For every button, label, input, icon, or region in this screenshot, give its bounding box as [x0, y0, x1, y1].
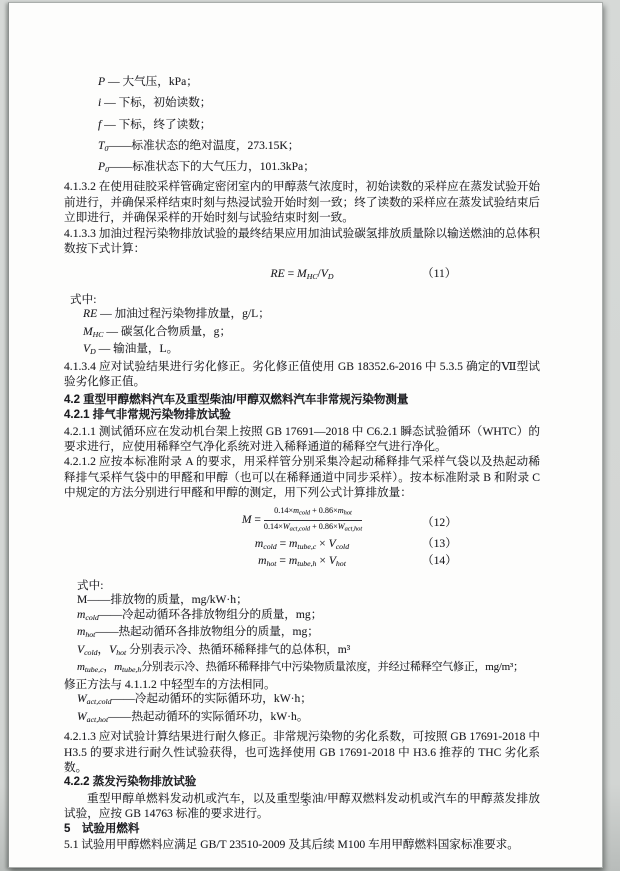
- equation-number: （13）: [422, 537, 457, 552]
- variable: W: [77, 692, 87, 705]
- eq-var-subscript: act,hot: [345, 525, 363, 532]
- heading-5: 5 试验用燃料: [64, 822, 540, 837]
- eq-var: m: [255, 537, 263, 550]
- symbol-def-f: f — 下标，终了读数；: [98, 116, 540, 137]
- heading-4-2-2: 4.2.2 蒸发污染物排放试验: [64, 775, 540, 790]
- clause-4-2-1-2: 4.2.1.2 应按本标准附录 A 的要求，用采样管分别采集冷起动稀释排气采样气…: [64, 454, 540, 500]
- eq-var: W: [338, 522, 345, 531]
- variable-subscript: cold: [85, 613, 98, 622]
- definition-text: — 下标，初始读数；: [101, 96, 211, 109]
- page-content: P — 大气压，kPa； i — 下标，初始读数； f — 下标，终了读数； T…: [64, 73, 540, 852]
- symbol-def-Vcold-Vhot: Vcold，Vhot 分别表示冷、热循环稀释排气的总体积，m³: [77, 643, 540, 661]
- eq-operator: ×: [316, 554, 328, 567]
- definition-text: ——冷起动循环各排放物组分的质量，mg；: [99, 608, 323, 621]
- definition-text: ——冷起动循环的实际循环功，kW·h；: [112, 692, 312, 705]
- where-label: 式中:: [70, 292, 540, 307]
- equation-13: mcold = mtube,c × Vcold （13）: [64, 537, 540, 555]
- eq-var: m: [289, 554, 297, 567]
- variable-subscript: act,cold: [87, 697, 112, 706]
- equation-14: mhot = mtube,h × Vhot （14）: [64, 554, 540, 572]
- symbol-list-top: P — 大气压，kPa； i — 下标，初始读数； f — 下标，终了读数； T…: [98, 73, 540, 179]
- variable-subscript: HC: [93, 330, 104, 339]
- clause-4-1-3-2: 4.1.3.2 在使用硅胶采样管确定密闭室内的甲醇蒸气浓度时，初始读数的采样应在…: [64, 179, 540, 225]
- symbol-def-P: P — 大气压，kPa；: [98, 73, 540, 94]
- page-number: 5: [9, 797, 602, 809]
- eq-var-subscript: cold: [336, 542, 349, 551]
- separator: ，: [104, 661, 115, 673]
- variable-subscript: act,hot: [87, 715, 108, 724]
- definition-text: ——热起动循环的实际循环功，kW·h。: [108, 710, 308, 723]
- equation-number: （12）: [422, 511, 457, 535]
- variable: M: [77, 593, 87, 606]
- definition-text: ——热起动循环各排放物组分的质量，mg；: [95, 625, 319, 638]
- scan-background: P — 大气压，kPa； i — 下标，初始读数； f — 下标，终了读数； T…: [0, 0, 620, 871]
- symbol-def-Wacthot: Wact,hot——热起动循环的实际循环功，kW·h。: [77, 710, 540, 728]
- document-page: P — 大气压，kPa； i — 下标，初始读数； f — 下标，终了读数； T…: [8, 2, 603, 868]
- eq-var: m: [258, 554, 266, 567]
- symbol-def-mtube: mtube,c，mtube,h分别表示冷、热循环稀释排气中污染物质量浓度，并经过…: [77, 660, 540, 692]
- symbol-list-2: 式中: M——排放物的质量，mg/kW·h； mcold——冷起动循环各排放物组…: [77, 579, 540, 728]
- definition-text: ——标准状态下的大气压力，101.3kPa；: [109, 160, 315, 173]
- symbol-list-1: RE — 加油过程污染物排放量，g/L； MHC — 碳氢化合物质量，g； VD…: [83, 307, 540, 359]
- variable-subscript: tube,c: [85, 665, 104, 674]
- eq-coefficient: 0.14×: [264, 522, 283, 531]
- eq-operator: =: [285, 267, 297, 280]
- symbol-def-Wactcold: Wact,cold——冷起动循环的实际循环功，kW·h；: [77, 692, 540, 710]
- definition-text: 分别表示冷、热循环稀释排气中污染物质量浓度，并经过稀释空气修正，mg/m³；: [141, 661, 523, 673]
- eq-operator: =: [277, 537, 289, 550]
- variable: m: [114, 661, 122, 673]
- variable: W: [77, 710, 87, 723]
- definition-line: mtube,c，mtube,h分别表示冷、热循环稀释排气中污染物质量浓度，并经过…: [77, 660, 540, 678]
- symbol-def-mcold: mcold——冷起动循环各排放物组分的质量，mg；: [77, 608, 540, 626]
- definition-text: — 下标，终了读数；: [101, 118, 211, 131]
- clause-4-1-3-3: 4.1.3.3 加油过程污染物排放试验的最终结果应用加油试验碳氢排放质量除以输送…: [64, 226, 540, 257]
- heading-4-2: 4.2 重型甲醇燃料汽车及重型柴油/甲醇双燃料汽车非常规污染物测量: [64, 393, 540, 408]
- eq-var: W: [283, 522, 290, 531]
- variable-subscript: tube,h: [122, 665, 141, 674]
- symbol-def-T0: T0——标准状态的绝对温度，273.15K；: [98, 137, 540, 158]
- symbol-def-mhot: mhot——热起动循环各排放物组分的质量，mg；: [77, 625, 540, 643]
- definition-text: ——排放物的质量，mg/kW·h；: [87, 593, 247, 606]
- eq-coefficient: + 0.86×: [310, 506, 338, 515]
- eq-operator: =: [276, 554, 288, 567]
- eq-var-subscript: cold: [263, 542, 276, 551]
- definition-text: 分别表示冷、热循环稀释排气的总体积，m³: [126, 643, 350, 656]
- definition-continuation: 修正方法与 4.1.1.2 中轻型车的方法相同。: [64, 678, 540, 693]
- fraction-numerator: 0.14×mcold + 0.86×mhot: [264, 506, 362, 521]
- eq-var-subscript: hot: [344, 509, 352, 516]
- heading-4-2-1: 4.2.1 排气非常规污染物排放试验: [64, 408, 540, 423]
- eq-coefficient: + 0.86×: [310, 522, 338, 531]
- equation-12: M = 0.14×mcold + 0.86×mhot0.14×Wact,cold…: [64, 506, 540, 535]
- eq-var: V: [329, 554, 336, 567]
- variable-subscript: hot: [116, 648, 126, 657]
- eq-var-subscript: hot: [267, 559, 277, 568]
- clause-4-2-1-1: 4.2.1.1 测试循环应在发动机台架上按照 GB 17691—2018 中 C…: [64, 424, 540, 455]
- eq-var-subscript: hot: [336, 559, 346, 568]
- variable: RE: [83, 307, 97, 320]
- fraction-denominator: 0.14×Wact,cold + 0.86×Wact,hot: [264, 521, 362, 535]
- eq-var-subscript: tube,c: [297, 542, 316, 551]
- eq-var: V: [321, 267, 328, 280]
- equation-number: （14）: [422, 554, 457, 569]
- variable: m: [77, 661, 85, 673]
- symbol-def-i: i — 下标，初始读数；: [98, 94, 540, 115]
- symbol-def-RE: RE — 加油过程污染物排放量，g/L；: [83, 307, 540, 324]
- definition-text: — 碳氢化合物质量，g；: [104, 325, 232, 338]
- definition-text: ——标准状态的绝对温度，273.15K；: [108, 139, 299, 152]
- eq-var-subscript: cold: [299, 509, 310, 516]
- where-label: 式中:: [77, 579, 540, 594]
- definition-text: — 输油量，L。: [96, 342, 178, 355]
- symbol-def-P0: P0——标准状态下的大气压力，101.3kPa；: [98, 158, 540, 179]
- variable-subscript: cold: [84, 648, 97, 657]
- eq-var: V: [329, 537, 336, 550]
- clause-4-2-1-3: 4.2.1.3 应对试验计算结果进行耐久修正。非常规污染物的劣化系数，可按照 G…: [64, 729, 540, 775]
- symbol-def-M: M——排放物的质量，mg/kW·h；: [77, 593, 540, 608]
- eq-var: RE: [271, 267, 285, 280]
- eq-var-subscript: D: [328, 272, 334, 281]
- equation-11: RE = MHC/VD （11）: [64, 266, 540, 284]
- symbol-def-VD: VD — 输油量，L。: [83, 342, 540, 359]
- eq-coefficient: 0.14×: [274, 506, 293, 515]
- eq-var-subscript: HC: [307, 272, 318, 281]
- symbol-def-MHC: MHC — 碳氢化合物质量，g；: [83, 325, 540, 342]
- variable-subscript: hot: [85, 630, 95, 639]
- eq-var: M: [297, 267, 307, 280]
- clause-5-1: 5.1 试验用甲醇燃料应满足 GB/T 23510-2009 及其后续 M100…: [64, 837, 540, 852]
- separator: ，: [98, 643, 110, 656]
- eq-operator: ×: [316, 537, 328, 550]
- eq-operator: =: [252, 513, 264, 526]
- eq-var: M: [242, 513, 252, 526]
- clause-4-1-3-4: 4.1.3.4 应对试验结果进行劣化修正。劣化修正值使用 GB 18352.6-…: [64, 359, 540, 390]
- fraction: 0.14×mcold + 0.86×mhot0.14×Wact,cold + 0…: [264, 506, 362, 535]
- eq-var-subscript: tube,h: [297, 559, 316, 568]
- eq-var-subscript: act,cold: [290, 525, 310, 532]
- equation-number: （11）: [422, 266, 456, 281]
- definition-text: — 大气压，kPa；: [105, 75, 198, 88]
- definition-text: — 加油过程污染物排放量，g/L；: [97, 307, 270, 320]
- variable: M: [83, 325, 93, 338]
